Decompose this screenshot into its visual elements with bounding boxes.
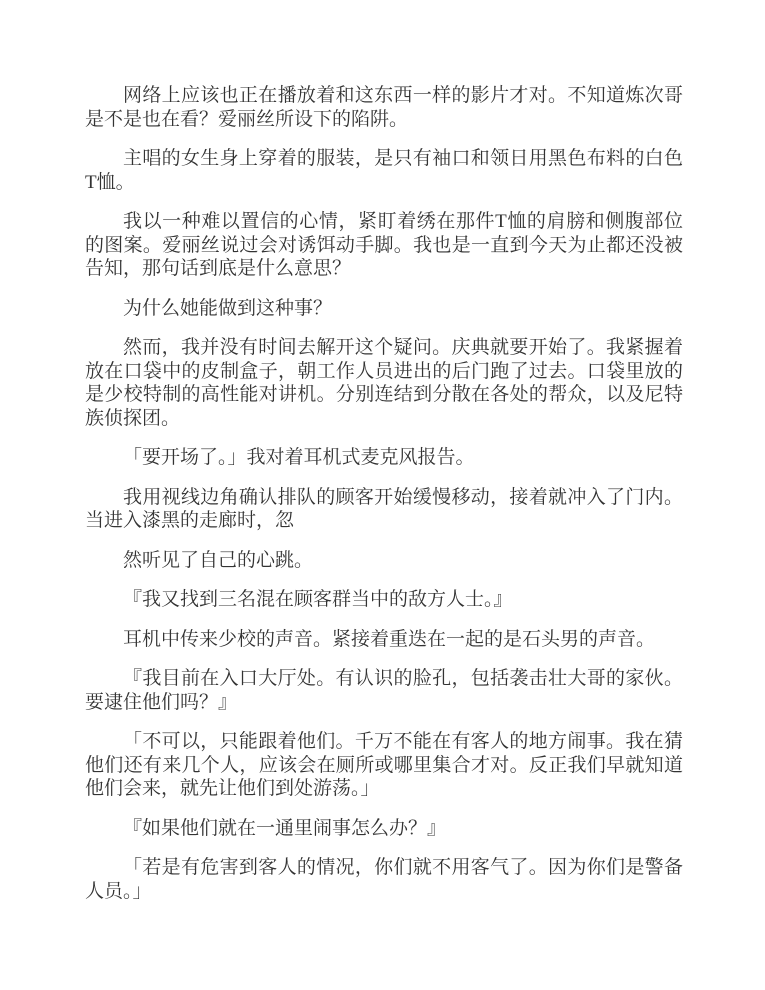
paragraph: 为什么她能做到这种事？ [85,297,683,321]
paragraph: 『我目前在入口大厅处。有认识的脸孔，包括袭击壮大哥的家伙。要逮住他们吗？』 [85,667,683,714]
document-page: 网络上应该也正在播放着和这东西一样的影片才对。不知道炼次哥是不是也在看？爱丽丝所… [0,0,765,990]
paragraph: 然而，我并没有时间去解开这个疑问。庆典就要开始了。我紧握着放在口袋中的皮制盒子，… [85,336,683,430]
paragraph: 然听见了自己的心跳。 [85,549,683,573]
paragraph: 网络上应该也正在播放着和这东西一样的影片才对。不知道炼次哥是不是也在看？爱丽丝所… [85,84,683,131]
paragraph: 『如果他们就在一通里闹事怎么办？』 [85,817,683,841]
paragraph: 耳机中传来少校的声音。紧接着重迭在一起的是石头男的声音。 [85,628,683,652]
paragraph: 我用视线边角确认排队的顾客开始缓慢移动，接着就冲入了门内。当进入漆黑的走廊时，忽 [85,486,683,533]
paragraph: 「要开场了。」我对着耳机式麦克风报告。 [85,446,683,470]
paragraph: 「若是有危害到客人的情况，你们就不用客气了。因为你们是警备人员。」 [85,856,683,903]
paragraph: 主唱的女生身上穿着的服装，是只有袖口和领日用黑色布料的白色T恤。 [85,147,683,194]
paragraph: 「不可以，只能跟着他们。千万不能在有客人的地方闹事。我在猜他们还有来几个人，应该… [85,730,683,801]
paragraph: 我以一种难以置信的心情，紧盯着绣在那件T恤的肩膀和侧腹部位的图案。爱丽丝说过会对… [85,210,683,281]
paragraph: 『我又找到三名混在顾客群当中的敌方人士。』 [85,588,683,612]
